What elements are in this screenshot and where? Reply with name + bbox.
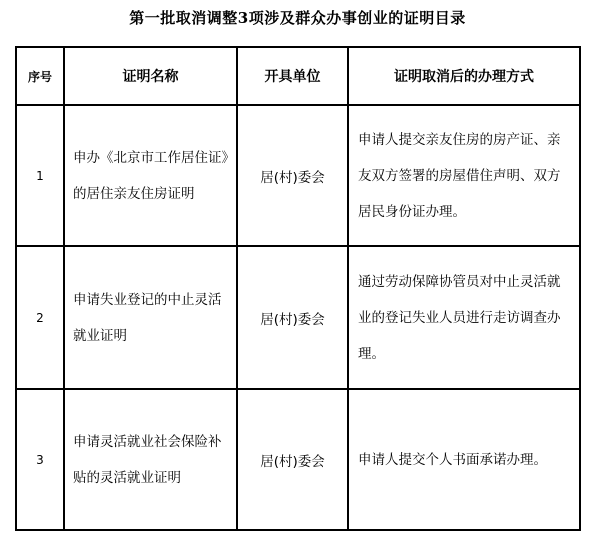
header-issuing-unit: 开具单位 [237,47,348,105]
cell-issuing-unit: 居(村)委会 [237,389,348,530]
cell-certificate-name: 申办《北京市工作居住证》的居住亲友住房证明 [64,105,237,246]
certificate-name-text: 申请灵活就业社会保险补贴的灵活就业证明 [73,424,230,496]
handling-method-text: 申请人提交亲友住房的房产证、亲友双方签署的房屋借住声明、双方居民身份证办理。 [358,122,573,230]
table-row: 1 申办《北京市工作居住证》的居住亲友住房证明 居(村)委会 申请人提交亲友住房… [16,105,580,246]
cell-certificate-name: 申请灵活就业社会保险补贴的灵活就业证明 [64,389,237,530]
cell-issuing-unit: 居(村)委会 [237,105,348,246]
document-title: 第一批取消调整3项涉及群众办事创业的证明目录 [0,8,595,28]
cell-serial-number: 1 [16,105,64,246]
cell-handling-method: 申请人提交亲友住房的房产证、亲友双方签署的房屋借住声明、双方居民身份证办理。 [348,105,580,246]
table-row: 2 申请失业登记的中止灵活就业证明 居(村)委会 通过劳动保障协管员对中止灵活就… [16,246,580,389]
handling-method-text: 通过劳动保障协管员对中止灵活就业的登记失业人员进行走访调查办理。 [358,264,573,372]
cell-handling-method: 申请人提交个人书面承诺办理。 [348,389,580,530]
header-certificate-name: 证明名称 [64,47,237,105]
table-header-row: 序号 证明名称 开具单位 证明取消后的办理方式 [16,47,580,105]
certificate-name-text: 申办《北京市工作居住证》的居住亲友住房证明 [73,140,230,212]
cell-serial-number: 2 [16,246,64,389]
cell-certificate-name: 申请失业登记的中止灵活就业证明 [64,246,237,389]
table-row: 3 申请灵活就业社会保险补贴的灵活就业证明 居(村)委会 申请人提交个人书面承诺… [16,389,580,530]
cell-issuing-unit: 居(村)委会 [237,246,348,389]
handling-method-text: 申请人提交个人书面承诺办理。 [358,442,573,478]
cell-handling-method: 通过劳动保障协管员对中止灵活就业的登记失业人员进行走访调查办理。 [348,246,580,389]
cell-serial-number: 3 [16,389,64,530]
header-serial-number: 序号 [16,47,64,105]
certificate-table: 序号 证明名称 开具单位 证明取消后的办理方式 1 申办《北京市工作居住证》的居… [15,46,581,531]
header-handling-method: 证明取消后的办理方式 [348,47,580,105]
certificate-name-text: 申请失业登记的中止灵活就业证明 [73,282,230,354]
